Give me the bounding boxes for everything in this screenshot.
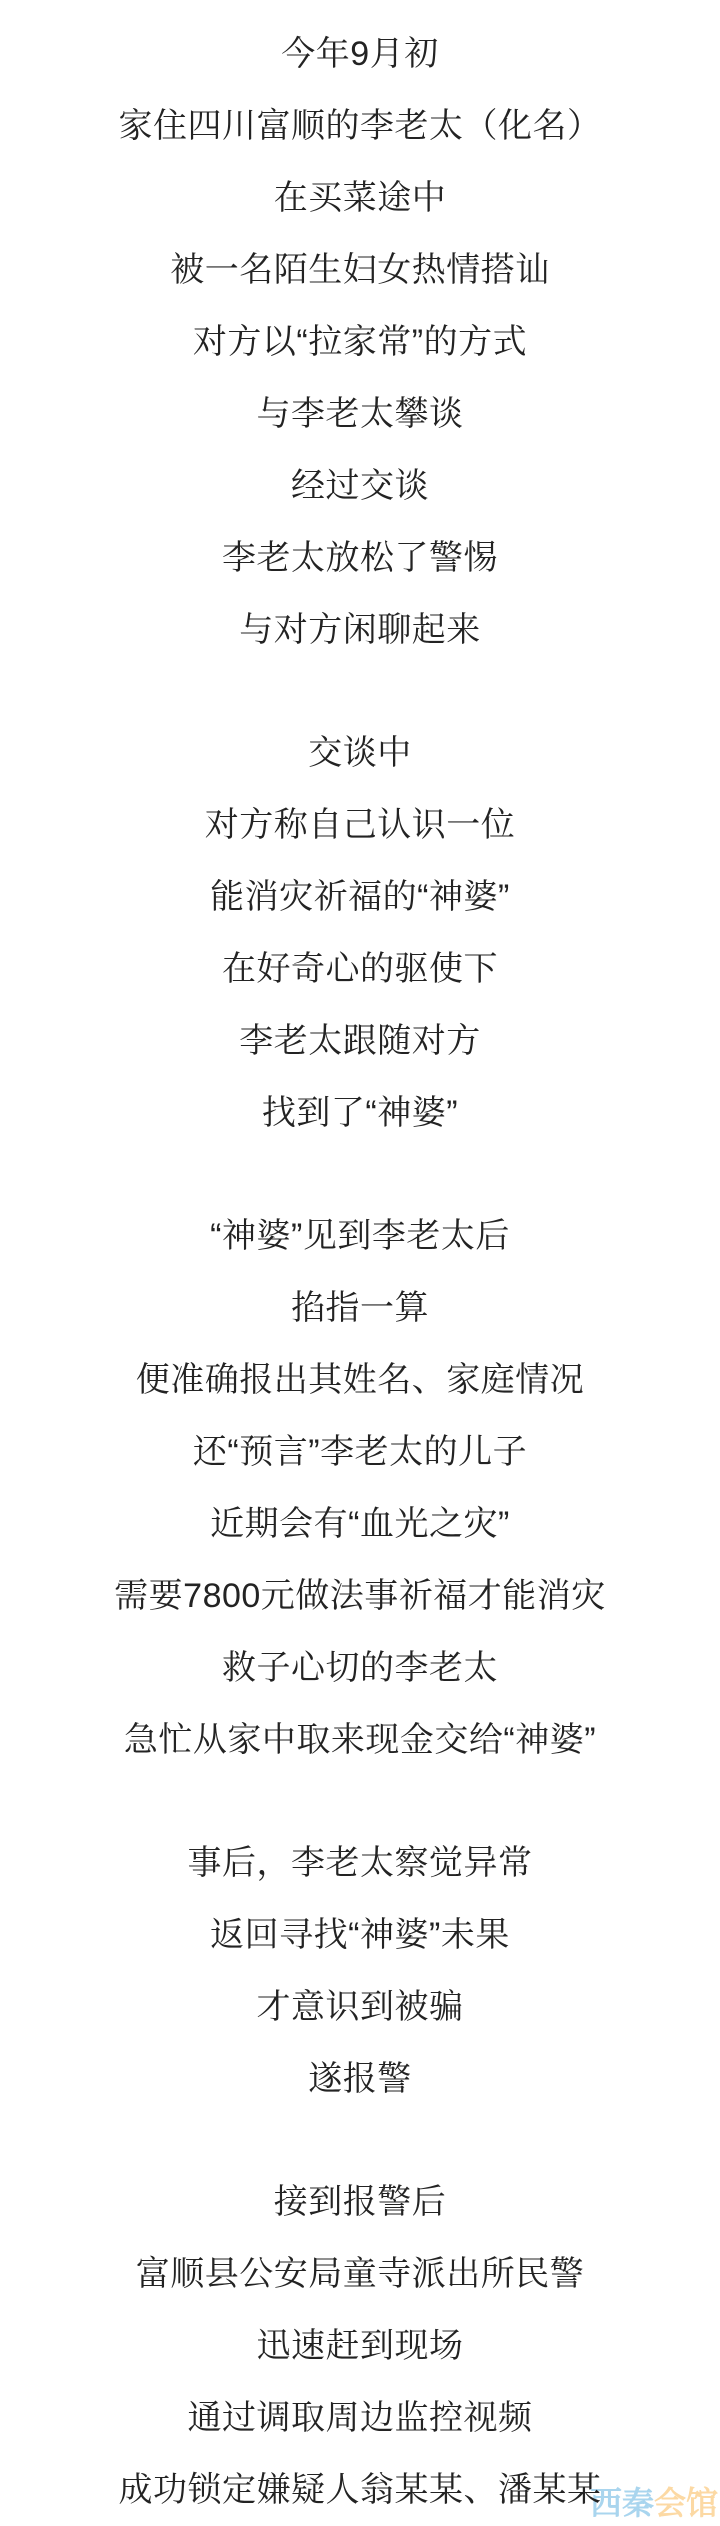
text-line: 李老太跟随对方	[0, 1005, 720, 1077]
text-line: 需要7800元做法事祈福才能消灾	[0, 1560, 720, 1632]
text-line: 交谈中	[0, 717, 720, 789]
text-line: 迅速赶到现场	[0, 2310, 720, 2382]
text-line: 李老太放松了警惕	[0, 522, 720, 594]
article-body: 今年9月初家住四川富顺的李老太（化名）在买菜途中被一名陌生妇女热情搭讪对方以“拉…	[0, 0, 720, 2526]
paragraph-4: 事后，李老太察觉异常返回寻找“神婆”未果才意识到被骗遂报警	[0, 1827, 720, 2115]
text-line: 被一名陌生妇女热情搭讪	[0, 234, 720, 306]
text-line: 对方称自己认识一位	[0, 789, 720, 861]
text-line: 对方以“拉家常”的方式	[0, 306, 720, 378]
text-line: 救子心切的李老太	[0, 1632, 720, 1704]
text-line: 掐指一算	[0, 1272, 720, 1344]
text-line: 与李老太攀谈	[0, 378, 720, 450]
text-line: 还“预言”李老太的儿子	[0, 1416, 720, 1488]
paragraph-1: 今年9月初家住四川富顺的李老太（化名）在买菜途中被一名陌生妇女热情搭讪对方以“拉…	[0, 18, 720, 666]
text-line: 在买菜途中	[0, 162, 720, 234]
text-line: 接到报警后	[0, 2166, 720, 2238]
text-line: 与对方闲聊起来	[0, 594, 720, 666]
text-line: 家住四川富顺的李老太（化名）	[0, 90, 720, 162]
text-line: 富顺县公安局童寺派出所民警	[0, 2238, 720, 2310]
text-line: 返回寻找“神婆”未果	[0, 1899, 720, 1971]
text-line: 便准确报出其姓名、家庭情况	[0, 1344, 720, 1416]
text-line: 近期会有“血光之灾”	[0, 1488, 720, 1560]
text-line: 在好奇心的驱使下	[0, 933, 720, 1005]
text-line: 事后，李老太察觉异常	[0, 1827, 720, 1899]
text-line: 遂报警	[0, 2043, 720, 2115]
text-line: 才意识到被骗	[0, 1971, 720, 2043]
text-line: 今年9月初	[0, 18, 720, 90]
paragraph-3: “神婆”见到李老太后掐指一算便准确报出其姓名、家庭情况还“预言”李老太的儿子近期…	[0, 1200, 720, 1776]
text-line: 成功锁定嫌疑人翁某某、潘某某	[0, 2454, 720, 2526]
text-line: 经过交谈	[0, 450, 720, 522]
text-line: 急忙从家中取来现金交给“神婆”	[0, 1704, 720, 1776]
paragraph-2: 交谈中对方称自己认识一位能消灾祈福的“神婆”在好奇心的驱使下李老太跟随对方找到了…	[0, 717, 720, 1149]
paragraph-5: 接到报警后富顺县公安局童寺派出所民警迅速赶到现场通过调取周边监控视频成功锁定嫌疑…	[0, 2166, 720, 2526]
text-line: “神婆”见到李老太后	[0, 1200, 720, 1272]
text-line: 通过调取周边监控视频	[0, 2382, 720, 2454]
text-line: 找到了“神婆”	[0, 1077, 720, 1149]
text-line: 能消灾祈福的“神婆”	[0, 861, 720, 933]
